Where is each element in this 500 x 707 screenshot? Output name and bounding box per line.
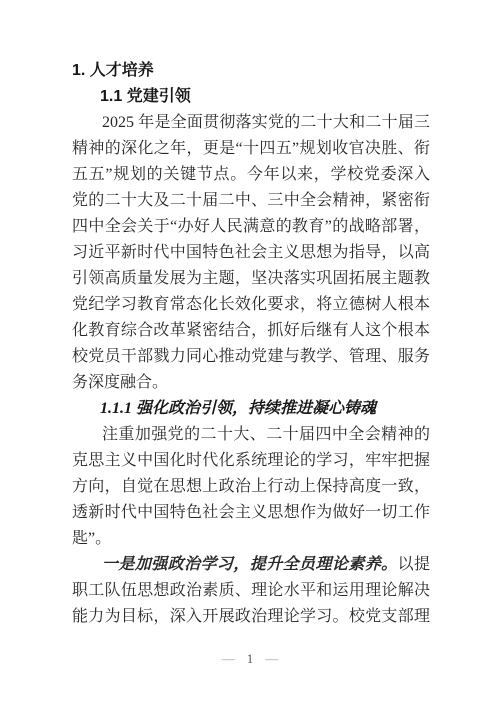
text-line: 匙”。 bbox=[72, 526, 430, 552]
text-line: 务深度融合。 bbox=[72, 370, 430, 396]
text-line: 注重加强党的二十大、二十届四中全会精神的学习和马 bbox=[72, 422, 430, 448]
text-line: 透新时代中国特色社会主义思想作为做好一切工作的“金钥 bbox=[72, 500, 430, 526]
emphasis-run: 一是加强政治学习，提升全员理论素养。 bbox=[102, 556, 398, 573]
document-body: 1. 人才培养1.1 党建引领2025 年是全面贯彻落实党的二十大和二十届三中全… bbox=[72, 58, 430, 630]
text-line: 四中全会关于“办好人民满意的教育”的战略部署，坚持以 bbox=[72, 214, 430, 240]
text-line: 引领高质量发展为主题，坚决落实巩固拓展主题教育成果及 bbox=[72, 266, 430, 292]
text-line: 党的二十大及二十届二中、三中全会精神，紧密衔接二十届 bbox=[72, 188, 430, 214]
text-line: 2025 年是全面贯彻落实党的二十大和二十届三中全会 bbox=[72, 110, 430, 136]
heading-h2: 1.1 党建引领 bbox=[72, 84, 430, 110]
text-line: 精神的深化之年，更是“十四五”规划收官决胜、衔接“十 bbox=[72, 136, 430, 162]
page-number: 1 bbox=[247, 651, 254, 666]
page-footer: —1— bbox=[0, 648, 500, 670]
footer-dash-right: — bbox=[265, 651, 278, 666]
footer-dash-left: — bbox=[222, 651, 235, 666]
text-line: 五五”规划的关键节点。今年以来，学校党委深入学习贯彻 bbox=[72, 162, 430, 188]
text-line: 校党员干部戮力同心推动党建与教学、管理、服务等核心业 bbox=[72, 344, 430, 370]
document-page: 1. 人才培养1.1 党建引领2025 年是全面贯彻落实党的二十大和二十届三中全… bbox=[0, 0, 500, 707]
text-line: 一是加强政治学习，提升全员理论素养。以提高广大教 bbox=[72, 552, 430, 578]
text-line: 职工队伍思想政治素质、理论水平和运用理论解决实际问题 bbox=[72, 578, 430, 604]
text-line: 能力为目标，深入开展政治理论学习。校党支部理论学习中 bbox=[72, 604, 430, 630]
text-line: 习近平新时代中国特色社会主义思想为指导，以高质量党建 bbox=[72, 240, 430, 266]
text-line: 方向，自觉在思想上政治上行动上保持高度一致，把学深悟 bbox=[72, 474, 430, 500]
heading-h3: 1.1.1 强化政治引领，持续推进凝心铸魂 bbox=[72, 396, 430, 422]
text-line: 克思主义中国化时代化系统理论的学习，牢牢把握正确政治 bbox=[72, 448, 430, 474]
text-line: 化教育综合改革紧密结合，抓好后继有人这个根本大计。全 bbox=[72, 318, 430, 344]
heading-h1: 1. 人才培养 bbox=[72, 58, 430, 84]
text-line: 党纪学习教育常态化长效化要求，将立德树人根本任务与深 bbox=[72, 292, 430, 318]
